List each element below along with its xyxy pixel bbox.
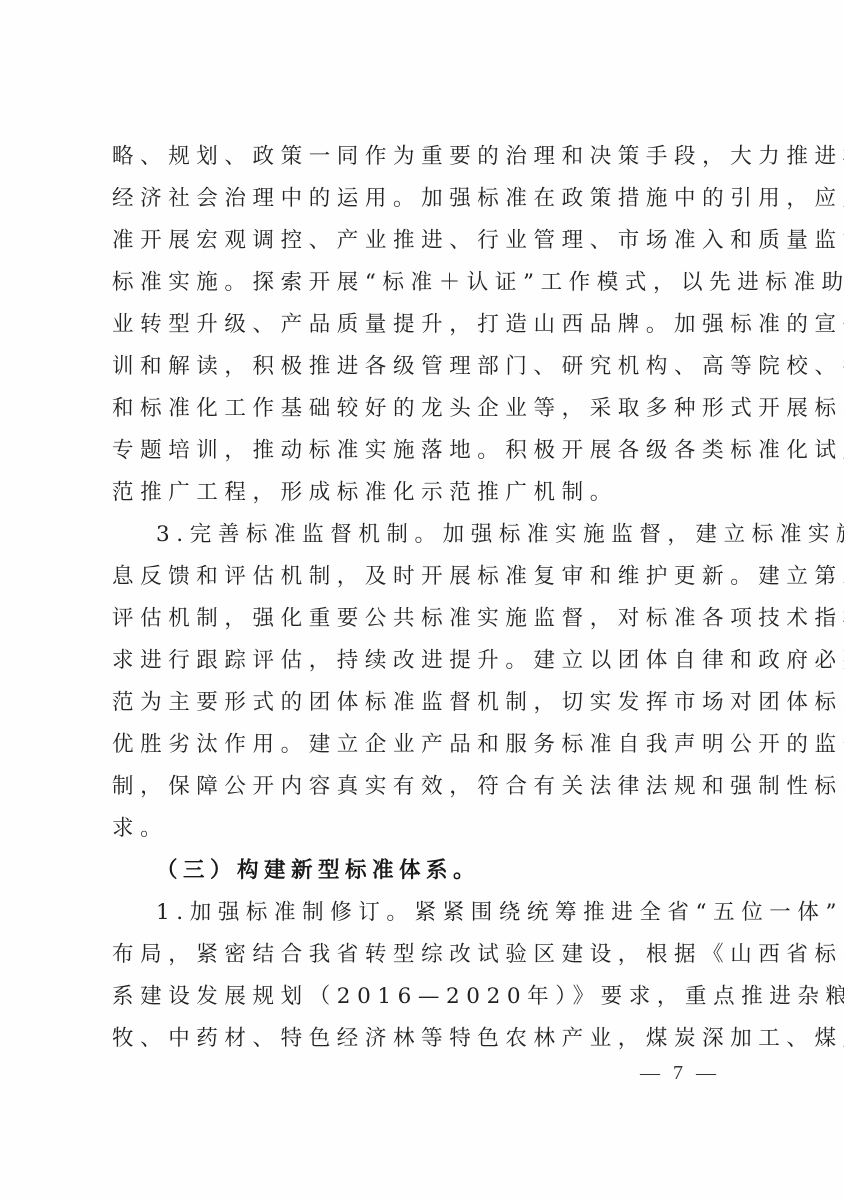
text-line: 训和解读，积极推进各级管理部门、研究机构、高等院校、行业协会: [112, 350, 736, 392]
text-line: 范为主要形式的团体标准监督机制，切实发挥市场对团体标准的: [112, 686, 736, 728]
paragraph-item-3-supervision: 3.完善标准监督机制。加强标准实施监督，建立标准实施信 息反馈和评估机制，及时开…: [112, 518, 736, 854]
text-line: 略、规划、政策一同作为重要的治理和决策手段，大力推进标准在: [112, 140, 736, 182]
document-body: 略、规划、政策一同作为重要的治理和决策手段，大力推进标准在 经济社会治理中的运用…: [112, 140, 736, 1064]
text-line: 系建设发展规划（2016—2020年）》要求，重点推进杂粮、果菜、畜: [112, 980, 736, 1022]
section-heading-3: （三）构建新型标准体系。: [112, 854, 736, 896]
text-line: 息反馈和评估机制，及时开展标准复审和维护更新。建立第三方: [112, 560, 736, 602]
text-line: 评估机制，强化重要公共标准实施监督，对标准各项技术指标和要: [112, 602, 736, 644]
paragraph-item-1-revision: 1.加强标准制修订。紧紧围绕统筹推进全省“五位一体”总体 布局，紧密结合我省转型…: [112, 896, 736, 1064]
page-number: — 7 —: [640, 1062, 720, 1085]
text-line: 1.加强标准制修订。紧紧围绕统筹推进全省“五位一体”总体: [112, 896, 736, 938]
text-line: 和标准化工作基础较好的龙头企业等，采取多种形式开展标准化: [112, 392, 736, 434]
text-line: 业转型升级、产品质量提升，打造山西品牌。加强标准的宣传、培: [112, 308, 736, 350]
text-line: 范推广工程，形成标准化示范推广机制。: [112, 476, 736, 518]
text-line: 优胜劣汰作用。建立企业产品和服务标准自我声明公开的监督机: [112, 728, 736, 770]
document-page: 略、规划、政策一同作为重要的治理和决策手段，大力推进标准在 经济社会治理中的运用…: [0, 0, 844, 1200]
heading-text: （三）构建新型标准体系。: [112, 854, 736, 896]
text-line: 布局，紧密结合我省转型综改试验区建设，根据《山西省标准化体: [112, 938, 736, 980]
text-line: 求。: [112, 812, 736, 854]
text-line: 经济社会治理中的运用。加强标准在政策措施中的引用，应用标: [112, 182, 736, 224]
paragraph-continuation: 略、规划、政策一同作为重要的治理和决策手段，大力推进标准在 经济社会治理中的运用…: [112, 140, 736, 518]
text-line: 制，保障公开内容真实有效，符合有关法律法规和强制性标准要: [112, 770, 736, 812]
text-line: 牧、中药材、特色经济林等特色农林产业，煤炭深加工、煤层气、光: [112, 1022, 736, 1064]
text-line: 标准实施。探索开展“标准＋认证”工作模式，以先进标准助推产: [112, 266, 736, 308]
text-line: 专题培训，推动标准实施落地。积极开展各级各类标准化试点示: [112, 434, 736, 476]
text-line: 求进行跟踪评估，持续改进提升。建立以团体自律和政府必要规: [112, 644, 736, 686]
text-line: 准开展宏观调控、产业推进、行业管理、市场准入和质量监管，推动: [112, 224, 736, 266]
text-line: 3.完善标准监督机制。加强标准实施监督，建立标准实施信: [112, 518, 736, 560]
